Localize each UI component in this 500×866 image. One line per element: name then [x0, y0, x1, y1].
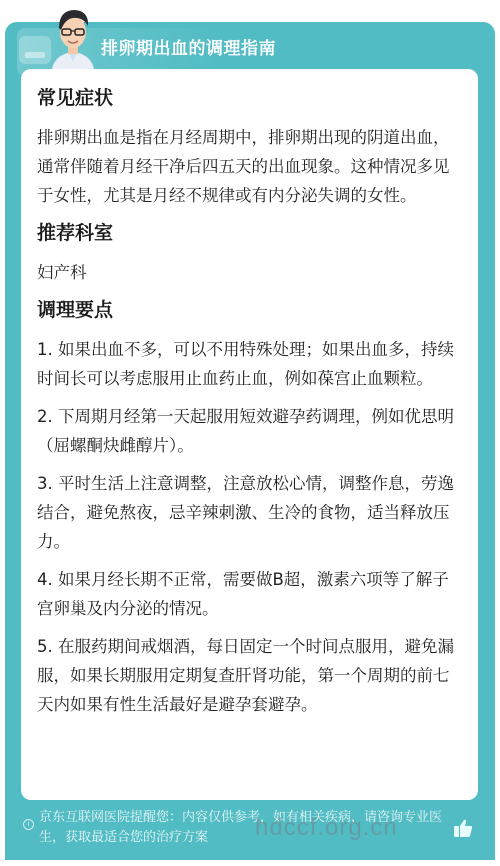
- footer: i 京东互联网医院提醒您：内容仅供参考，如有相关疾病，请咨询专业医生，获取最适合…: [5, 808, 495, 860]
- care-item: 4. 如果月经长期不正常，需要做B超，激素六项等了解子宫卵巢及内分泌的情况。: [37, 565, 462, 623]
- symptoms-heading: 常见症状: [37, 85, 462, 111]
- care-item: 5. 在服药期间戒烟酒，每日固定一个时间点服用，避免漏服，如果长期服用定期复查肝…: [37, 632, 462, 719]
- care-item: 3. 平时生活上注意调整，注意放松心情，调整作息，劳逸结合，避免熬夜，忌辛辣刺激…: [37, 469, 462, 556]
- doctor-avatar-icon: [45, 4, 101, 74]
- watermark: hdccf.org.cn: [255, 814, 398, 842]
- info-circle-icon: i: [23, 819, 34, 830]
- department-heading: 推荐科室: [37, 220, 462, 246]
- department-text: 妇产科: [37, 258, 462, 287]
- care-item: 2. 下周期月经第一天起服用短效避孕药调理，例如优思明（屈螺酮炔雌醇片）。: [37, 402, 462, 460]
- care-heading: 调理要点: [37, 297, 462, 323]
- guide-panel: 排卵期出血的调理指南 常见症状 排卵期出血是指在月经周期中，排卵期出现的阴道出血…: [5, 22, 495, 860]
- symptoms-text: 排卵期出血是指在月经周期中，排卵期出现的阴道出血，通常伴随着月经干净后四五天的出…: [37, 123, 462, 210]
- care-item: 1. 如果出血不多，可以不用特殊处理；如果出血多，持续时间长可以考虑服用止血药止…: [37, 335, 462, 393]
- thumbs-up-icon[interactable]: [453, 818, 473, 838]
- content-card: 常见症状 排卵期出血是指在月经周期中，排卵期出现的阴道出血，通常伴随着月经干净后…: [21, 69, 478, 800]
- page-title: 排卵期出血的调理指南: [101, 34, 276, 59]
